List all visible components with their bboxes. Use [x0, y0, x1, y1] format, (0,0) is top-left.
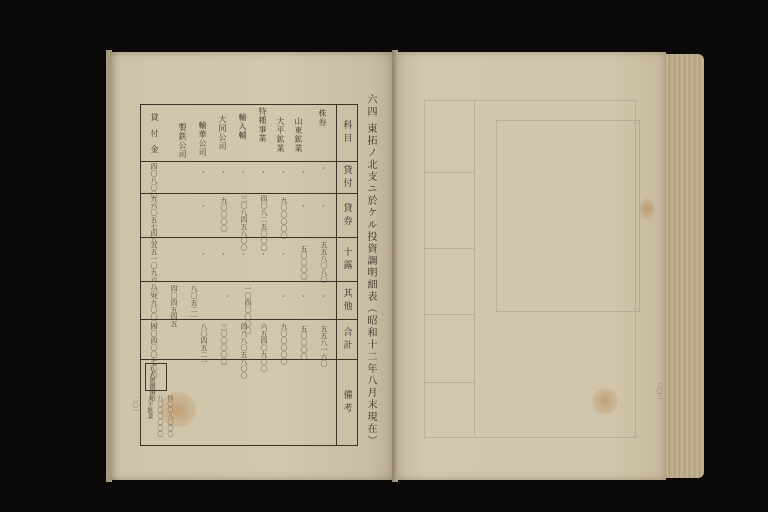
header-subject: 科目	[337, 105, 357, 161]
right-page: 二〇二	[396, 52, 666, 480]
header-ten: 十露	[337, 237, 357, 282]
header-bonds: 貸券	[337, 193, 357, 238]
cell: -	[199, 171, 207, 173]
cell: 五五八〇八〇	[319, 241, 329, 283]
cell: 五〇〇〇〇	[299, 245, 309, 280]
cell: -	[319, 295, 327, 297]
stain	[592, 388, 618, 414]
cell: 八〇四五二一	[199, 323, 209, 365]
header-remarks: 備考	[337, 359, 357, 446]
cell: 一九九〇〇〇	[149, 285, 159, 327]
cell: 三〇〇〇〇〇	[219, 323, 229, 365]
cell: -	[319, 205, 327, 207]
bleed-through-line	[424, 314, 474, 315]
row-divider	[141, 161, 337, 162]
cell: -	[299, 205, 307, 207]
header-loan: 貸付	[337, 161, 357, 194]
cell: -	[279, 253, 287, 255]
cell: 四八八〇五八〇〇	[239, 323, 249, 379]
table-title: 六四 東拓ノ北支ニ於ケル投資調明細表（昭和十二年八月末現在）	[363, 94, 378, 447]
cell: 九〇〇〇〇〇	[279, 197, 289, 239]
page-number-left: 二〇一	[130, 396, 139, 414]
cell: 九六〇五七四八	[149, 195, 159, 244]
stain	[640, 198, 654, 220]
cell: -	[299, 171, 307, 173]
cell: -	[279, 171, 287, 173]
label-item: 大平鉱業	[275, 117, 286, 153]
header-column: 科目 貸付 貸券 十露 其他 合計 備考	[336, 105, 357, 445]
cell: 九〇〇〇〇	[219, 197, 229, 232]
group-label-loans: 貸付金	[149, 113, 160, 161]
cell: -	[239, 253, 247, 255]
label-item: 山東鉱業	[293, 117, 304, 153]
cell: 四〇八二五〇〇〇	[259, 195, 269, 251]
cell: -	[319, 167, 327, 169]
row-divider	[141, 281, 337, 282]
header-other: 其他	[337, 281, 357, 320]
cell: 四〇四五四五	[169, 285, 179, 327]
footnote-line: 大平鉱業	[145, 395, 154, 419]
open-book: 六四 東拓ノ北支ニ於ケル投資調明細表（昭和十二年八月末現在） 科目 貸付 貸券 …	[106, 50, 708, 484]
stain	[160, 392, 196, 428]
cell: -	[279, 295, 287, 297]
cell: -	[259, 253, 267, 255]
page-number-right: 二〇二	[654, 382, 663, 400]
bleed-through-box	[496, 120, 640, 312]
bleed-through-line	[424, 248, 474, 249]
bleed-through-line	[424, 172, 474, 173]
cell: -	[219, 253, 227, 255]
bleed-through-line	[424, 382, 474, 383]
row-divider	[141, 193, 337, 194]
bleed-through-line	[474, 100, 475, 436]
label-item: 輸華公司	[197, 121, 208, 157]
cell: -	[223, 295, 231, 297]
cell: 八〇五二一	[189, 285, 199, 320]
label-item: 大同公司	[217, 115, 228, 151]
cell: 六五四〇九〇〇	[259, 323, 269, 372]
cell: -	[259, 171, 267, 173]
cell: 九〇〇〇〇〇	[279, 323, 289, 365]
cell: 五〇〇〇〇	[299, 325, 309, 360]
cell: 五五八一六〇	[319, 325, 329, 367]
cell: 四〇八〇〇	[149, 163, 159, 198]
row-labels: 株券 山東鉱業 大平鉱業 特種事業 輸入輔 大同公司 輸華公司 製鉄公司 貸付金	[141, 105, 337, 161]
label-item: 輸入輔	[237, 113, 248, 140]
label-item: 製鉄公司	[177, 123, 188, 159]
cell: -	[199, 205, 207, 207]
group-label-shares: 株券	[317, 109, 328, 127]
cell: -	[219, 171, 227, 173]
cell: -	[299, 295, 307, 297]
cell: -	[239, 171, 247, 173]
header-total: 合計	[337, 319, 357, 360]
page-stack-edge	[666, 54, 704, 478]
cell: 三〇八四五八〇〇	[239, 195, 249, 251]
label-item: 特種事業	[257, 107, 268, 143]
left-page: 六四 東拓ノ北支ニ於ケル投資調明細表（昭和十二年八月末現在） 科目 貸付 貸券 …	[110, 52, 394, 480]
cell: -	[199, 253, 207, 255]
